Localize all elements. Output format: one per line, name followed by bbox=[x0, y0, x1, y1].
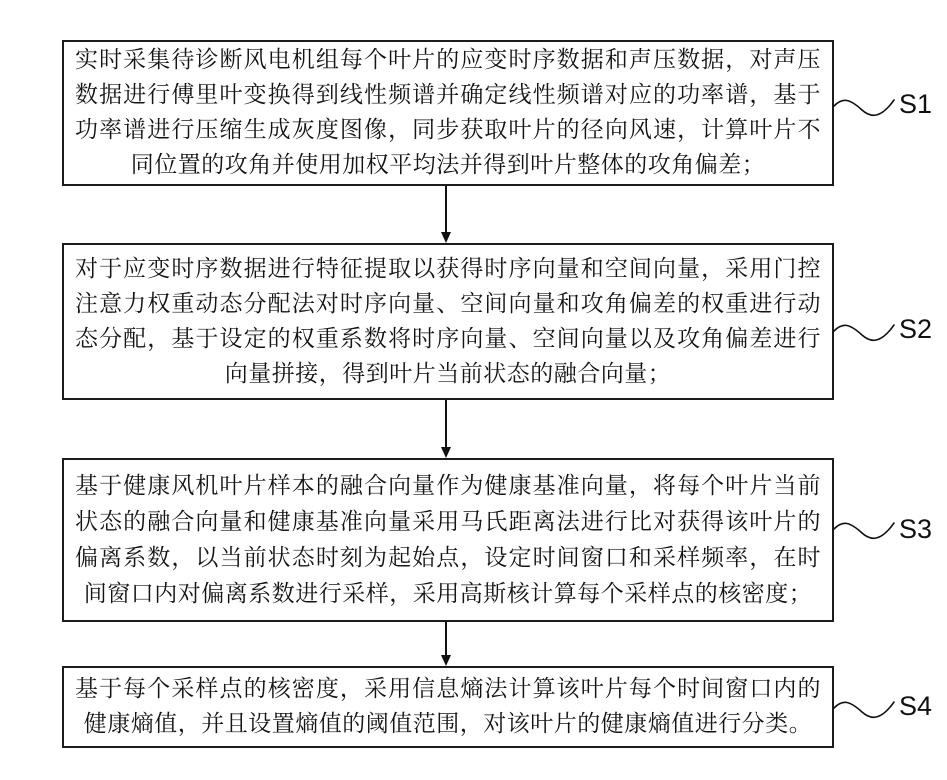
wavy-connector-icon bbox=[833, 94, 897, 122]
wavy-connector-icon bbox=[833, 517, 897, 545]
step-label-s1: S1 bbox=[899, 89, 945, 120]
wavy-connector-icon bbox=[833, 696, 897, 724]
step-box-s4: 基于每个采样点的核密度，采用信息熵法计算该叶片每个时间窗口内的健康熵值，并且设置… bbox=[62, 666, 834, 748]
wavy-connector-icon bbox=[833, 319, 897, 347]
step-s1-text: 实时采集待诊断风电机组每个叶片的应变时序数据和声压数据，对声压数据进行傅里叶变换… bbox=[64, 43, 832, 183]
step-s4-text: 基于每个采样点的核密度，采用信息熵法计算该叶片每个时间窗口内的健康熵值，并且设置… bbox=[64, 672, 832, 742]
step-box-s2: 对于应变时序数据进行特征提取以获得时序向量和空间向量，采用门控注意力权重动态分配… bbox=[62, 243, 834, 400]
step-label-s3: S3 bbox=[899, 514, 945, 545]
step-label-s2: S2 bbox=[899, 314, 945, 345]
step-box-s3: 基于健康风机叶片样本的融合向量作为健康基准向量，将每个叶片当前状态的融合向量和健… bbox=[62, 458, 834, 622]
patent-flowchart: 实时采集待诊断风电机组每个叶片的应变时序数据和声压数据，对声压数据进行傅里叶变换… bbox=[0, 0, 947, 780]
step-label-s4: S4 bbox=[899, 691, 945, 722]
step-s2-text: 对于应变时序数据进行特征提取以获得时序向量和空间向量，采用门控注意力权重动态分配… bbox=[64, 252, 832, 392]
down-arrow-icon bbox=[445, 186, 447, 232]
down-arrow-icon bbox=[445, 400, 447, 447]
step-s3-text: 基于健康风机叶片样本的融合向量作为健康基准向量，将每个叶片当前状态的融合向量和健… bbox=[64, 468, 832, 612]
down-arrow-icon bbox=[445, 622, 447, 655]
step-box-s1: 实时采集待诊断风电机组每个叶片的应变时序数据和声压数据，对声压数据进行傅里叶变换… bbox=[62, 40, 834, 186]
